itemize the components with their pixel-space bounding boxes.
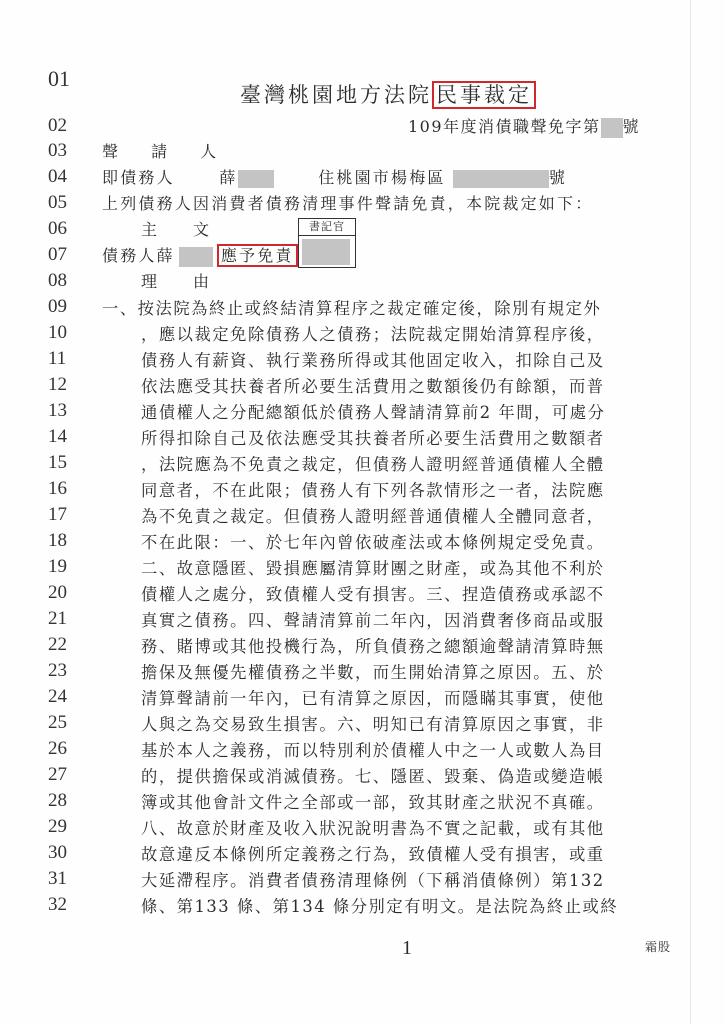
line-number: 27: [48, 764, 82, 786]
line-number: 17: [48, 504, 82, 526]
body-line: 不在此限：一、於七年內曾依破產法或本條例規定受免責。: [141, 529, 605, 553]
line-number: 26: [48, 738, 82, 760]
case-number-prefix: 109年度消債職聲免字第: [408, 117, 601, 136]
body-line: 一、按法院為終止或終結清算程序之裁定確定後，除別有規定外: [102, 295, 601, 319]
line-number: 32: [48, 894, 82, 916]
body-line: ，法院應為不免責之裁定，但債務人證明經普通債權人全體: [141, 451, 605, 475]
body-line: 八、故意於財產及收入狀況說明書為不實之記載，或有其他: [141, 815, 605, 839]
line-number: 01: [48, 66, 82, 92]
body-line: ，應以裁定免除債務人之債務；法院裁定開始清算程序後，: [141, 321, 605, 345]
debtor-label: 即債務人: [102, 168, 175, 187]
debtor-surname: 薛: [219, 168, 237, 187]
body-line: 同意者，不在此限；債務人有下列各款情形之一者，法院應: [141, 477, 605, 501]
line-number: 09: [48, 296, 82, 318]
line-number: 21: [48, 608, 82, 630]
redaction-block: [453, 170, 549, 188]
clerk-stamp: 書記官: [298, 218, 356, 268]
page-edge: [690, 0, 691, 1024]
body-line: 通債權人之分配總額低於債務人聲請清算前2 年間，可處分: [141, 399, 605, 423]
line-number: 08: [48, 270, 82, 292]
line-number: 19: [48, 556, 82, 578]
body-line: 二、故意隱匿、毀損應屬清算財團之財產，或為其他不利於: [141, 555, 605, 579]
line-number: 04: [48, 166, 82, 188]
line-number: 23: [48, 660, 82, 682]
line-number: 28: [48, 790, 82, 812]
body-line: 為不免責之裁定。但債務人證明經普通債權人全體同意者，: [141, 503, 605, 527]
body-line: 基於本人之義務，而以特別利於債權人中之一人或數人為目: [141, 737, 605, 761]
line-number: 03: [48, 140, 82, 162]
line-number: 13: [48, 400, 82, 422]
document-page: 01 02 03 04 05 06 07 08 09 10 11 12 13 1…: [0, 0, 725, 1024]
body-line: 真實之債務。四、聲請清算前二年內，因消費奢侈商品或服: [141, 607, 605, 631]
page-number: 1: [402, 937, 412, 960]
line-number: 05: [48, 192, 82, 214]
document-title: 臺灣桃園地方法院民事裁定: [240, 79, 536, 109]
redaction-block: [302, 239, 350, 265]
main-text-heading: 主 文: [141, 217, 219, 240]
line-number: 29: [48, 816, 82, 838]
line-number: 18: [48, 530, 82, 552]
body-line: 的，提供擔保或消滅債務。七、隱匿、毀棄、偽造或變造帳: [141, 763, 605, 787]
case-number: 109年度消債職聲免字第號: [408, 114, 640, 138]
line-number: 02: [48, 115, 82, 137]
line-number: 25: [48, 712, 82, 734]
ruling-line: 債務人薛應予免責: [102, 243, 298, 267]
body-line: 人與之為交易致生損害。六、明知已有清算原因之事實，非: [141, 711, 605, 735]
body-line: 簿或其他會計文件之全部或一部，致其財產之狀況不真確。: [141, 789, 605, 813]
body-line: 債權人之處分，致債權人受有損害。三、捏造債務或承認不: [141, 581, 605, 605]
reasons-heading: 理 由: [141, 269, 219, 292]
body-line: 務、賭博或其他投機行為，所負債務之總額逾聲請清算時無: [141, 633, 605, 657]
line-number: 22: [48, 634, 82, 656]
body-line: 清算聲請前一年內，已有清算之原因，而隱瞞其事實，使他: [141, 685, 605, 709]
body-line: 故意違反本條例所定義務之行為，致債權人受有損害，或重: [141, 841, 605, 865]
line-number: 31: [48, 868, 82, 890]
intro-line: 上列債務人因消費者債務清理事件聲請免責，本院裁定如下：: [102, 191, 593, 214]
court-name: 臺灣桃園地方法院: [240, 83, 432, 107]
body-line: 債務人有薪資、執行業務所得或其他固定收入，扣除自己及: [141, 347, 605, 371]
ruling-prefix: 債務人薛: [102, 246, 175, 265]
applicant-label: 聲 請 人: [102, 139, 230, 162]
line-number: 30: [48, 842, 82, 864]
stamp-label: 書記官: [299, 219, 355, 236]
line-number: 15: [48, 452, 82, 474]
body-line: 所得扣除自己及依法應受其扶養者所必要生活費用之數額者: [141, 425, 605, 449]
body-line: 大延滯程序。消費者債務清理條例（下稱消債條例）第132: [141, 867, 605, 891]
line-number: 24: [48, 686, 82, 708]
line-number: 06: [48, 218, 82, 240]
line-number: 11: [48, 348, 82, 370]
debtor-line: 即債務人 薛 住桃園市楊梅區 號: [102, 165, 567, 188]
case-number-suffix: 號: [623, 117, 641, 136]
redaction-block: [601, 118, 623, 138]
body-line: 擔保及無優先權債務之半數，而生開始清算之原因。五、於: [141, 659, 605, 683]
line-number: 07: [48, 244, 82, 266]
redaction-block: [238, 170, 274, 188]
footer-division-mark: 霜股: [645, 938, 671, 955]
address-suffix: 號: [549, 168, 567, 187]
body-line: 條、第133 條、第134 條分別定有明文。是法院為終止或終: [141, 893, 618, 917]
title-highlight-box: 民事裁定: [432, 81, 536, 109]
address-prefix: 住桃園市楊梅區: [318, 168, 445, 187]
line-number: 16: [48, 478, 82, 500]
ruling-highlight-box: 應予免責: [217, 244, 298, 267]
line-number: 10: [48, 322, 82, 344]
body-line: 依法應受其扶養者所必要生活費用之數額後仍有餘額，而普: [141, 373, 605, 397]
redaction-block: [179, 247, 213, 267]
line-number: 20: [48, 582, 82, 604]
line-number: 14: [48, 426, 82, 448]
line-number: 12: [48, 374, 82, 396]
